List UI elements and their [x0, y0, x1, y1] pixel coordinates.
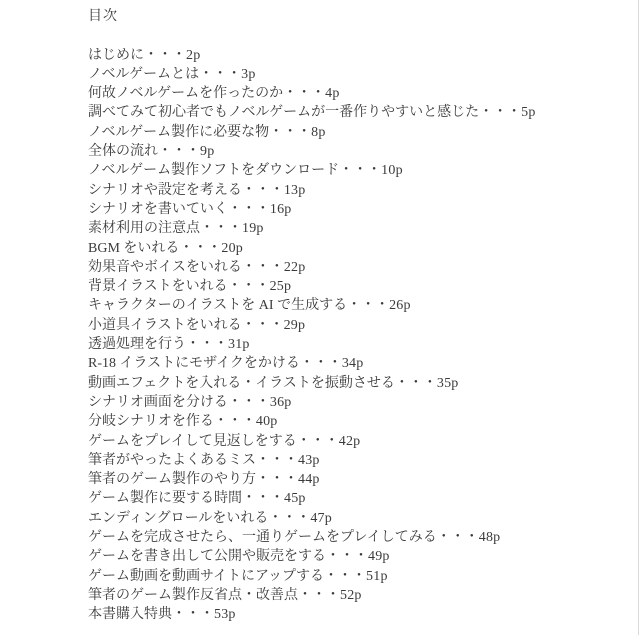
toc-item-label: 背景イラストをいれる	[88, 279, 228, 294]
toc-item-dots: ・・・	[300, 356, 342, 371]
toc-item-label: 透過処理を行う	[88, 337, 186, 352]
toc-item-label: 小道具イラストをいれる	[88, 318, 242, 333]
toc-item-dots: ・・・	[339, 163, 381, 178]
toc-item-label: 筆者がやったよくあるミス	[88, 453, 256, 468]
toc-item: ゲーム製作に要する時間・・・45p	[88, 489, 618, 508]
toc-item-dots: ・・・	[242, 318, 284, 333]
toc-item: シナリオ画面を分ける・・・36p	[88, 393, 618, 412]
toc-item-label: ゲームをプレイして見返しをする	[88, 434, 297, 449]
toc-item-label: ノベルゲーム製作ソフトをダウンロード	[88, 163, 339, 178]
toc-item: エンディングロールをいれる・・・47p	[88, 509, 618, 528]
toc-item-label: ゲーム動画を動画サイトにアップする	[88, 569, 324, 584]
toc-item-dots: ・・・	[298, 588, 340, 603]
toc-item-dots: ・・・	[242, 491, 284, 506]
toc-item-page: 53p	[214, 607, 236, 622]
toc-item-label: 分岐シナリオを作る	[88, 414, 214, 429]
toc-list: はじめに・・・2pノベルゲームとは・・・3p何故ノベルゲームを作ったのか・・・4…	[88, 46, 618, 625]
toc-item-dots: ・・・	[186, 337, 228, 352]
toc-item-label: 本書購入特典	[88, 607, 172, 622]
toc-item-label: はじめに	[88, 48, 144, 63]
toc-item: 効果音やボイスをいれる・・・22p	[88, 258, 618, 277]
toc-item-page: 43p	[298, 453, 320, 468]
toc-item-page: 36p	[270, 395, 292, 410]
toc-item-label: エンディングロールをいれる	[88, 511, 268, 526]
toc-item-dots: ・・・	[179, 241, 221, 256]
toc-item-label: R-18 イラストにモザイクをかける	[88, 356, 300, 371]
toc-item-dots: ・・・	[269, 125, 311, 140]
page-title: 目次	[88, 7, 618, 26]
toc-item-page: 25p	[270, 279, 292, 294]
toc-item-dots: ・・・	[200, 221, 242, 236]
toc-item: キャラクターのイラストを AI で生成する・・・26p	[88, 296, 618, 315]
toc-item-page: 5p	[521, 105, 535, 120]
toc-item: 動画エフェクトを入れる・イラストを振動させる・・・35p	[88, 374, 618, 393]
toc-item-dots: ・・・	[228, 202, 270, 217]
toc-item-label: 調べてみて初心者でもノベルゲームが一番作りやすいと感じた	[88, 105, 479, 120]
toc-item: 小道具イラストをいれる・・・29p	[88, 316, 618, 335]
toc-item: はじめに・・・2p	[88, 46, 618, 65]
toc-item: 筆者のゲーム製作反省点・改善点・・・52p	[88, 586, 618, 605]
toc-item: 調べてみて初心者でもノベルゲームが一番作りやすいと感じた・・・5p	[88, 103, 618, 122]
toc-item: 何故ノベルゲームを作ったのか・・・4p	[88, 84, 618, 103]
toc-item-dots: ・・・	[242, 260, 284, 275]
toc-item-page: 35p	[437, 376, 459, 391]
toc-item: 透過処理を行う・・・31p	[88, 335, 618, 354]
toc-item-label: 筆者のゲーム製作のやり方	[88, 472, 256, 487]
toc-item-page: 26p	[389, 298, 411, 313]
toc-item-dots: ・・・	[256, 453, 298, 468]
toc-item-label: 何故ノベルゲームを作ったのか	[88, 86, 283, 101]
toc-item-page: 3p	[241, 67, 255, 82]
toc-item-page: 22p	[284, 260, 306, 275]
toc-item-label: ゲーム製作に要する時間	[88, 491, 242, 506]
toc-item: 全体の流れ・・・9p	[88, 142, 618, 161]
toc-item: ノベルゲーム製作ソフトをダウンロード・・・10p	[88, 161, 618, 180]
toc-item-label: シナリオを書いていく	[88, 202, 228, 217]
toc-item-label: ノベルゲームとは	[88, 67, 199, 82]
toc-item: ゲーム動画を動画サイトにアップする・・・51p	[88, 567, 618, 586]
toc-item-page: 45p	[284, 491, 306, 506]
toc-item-label: 筆者のゲーム製作反省点・改善点	[88, 588, 298, 603]
toc-item-page: 16p	[270, 202, 292, 217]
toc-item-dots: ・・・	[158, 144, 200, 159]
toc-item-label: 動画エフェクトを入れる・イラストを振動させる	[88, 376, 395, 391]
toc-item-dots: ・・・	[437, 530, 479, 545]
title-body-gap	[88, 26, 618, 45]
toc-item: 本書購入特典・・・53p	[88, 605, 618, 624]
document-page: 目次 はじめに・・・2pノベルゲームとは・・・3p何故ノベルゲームを作ったのか・…	[0, 0, 639, 635]
toc-item: ゲームを完成させたら、一通りゲームをプレイしてみる・・・48p	[88, 528, 618, 547]
toc-item-dots: ・・・	[214, 414, 256, 429]
toc-item-dots: ・・・	[228, 279, 270, 294]
toc-item-page: 42p	[339, 434, 361, 449]
toc-item-page: 13p	[284, 183, 306, 198]
toc-item-page: 40p	[256, 414, 278, 429]
toc-item-label: シナリオや設定を考える	[88, 183, 242, 198]
toc-item: ゲームを書き出して公開や販売をする・・・49p	[88, 547, 618, 566]
toc-item-page: 47p	[310, 511, 332, 526]
toc-item-page: 19p	[242, 221, 264, 236]
toc-item-label: キャラクターのイラストを AI で生成する	[88, 298, 347, 313]
toc-item-dots: ・・・	[228, 395, 270, 410]
toc-item-dots: ・・・	[172, 607, 214, 622]
toc-item-page: 34p	[342, 356, 364, 371]
toc-item-dots: ・・・	[256, 472, 298, 487]
toc-item: 分岐シナリオを作る・・・40p	[88, 412, 618, 431]
toc-item-page: 9p	[200, 144, 214, 159]
toc-item-page: 2p	[186, 48, 200, 63]
toc-item-dots: ・・・	[268, 511, 310, 526]
toc-item: 筆者がやったよくあるミス・・・43p	[88, 451, 618, 470]
toc-item-page: 49p	[368, 549, 390, 564]
toc-item: R-18 イラストにモザイクをかける・・・34p	[88, 354, 618, 373]
toc-item-dots: ・・・	[297, 434, 339, 449]
toc-item-page: 51p	[366, 569, 388, 584]
toc-item-dots: ・・・	[242, 183, 284, 198]
toc-item-label: ゲームを書き出して公開や販売をする	[88, 549, 326, 564]
toc-item-label: BGM をいれる	[88, 241, 179, 256]
toc-item: ノベルゲームとは・・・3p	[88, 65, 618, 84]
toc-item-dots: ・・・	[324, 569, 366, 584]
toc-item-page: 52p	[340, 588, 362, 603]
toc-item-label: ノベルゲーム製作に必要な物	[88, 125, 269, 140]
toc-item: 筆者のゲーム製作のやり方・・・44p	[88, 470, 618, 489]
toc-item-page: 20p	[221, 241, 243, 256]
toc-item-dots: ・・・	[395, 376, 437, 391]
toc-item-dots: ・・・	[347, 298, 389, 313]
toc-item-dots: ・・・	[199, 67, 241, 82]
toc-item: シナリオを書いていく・・・16p	[88, 200, 618, 219]
toc-item-label: ゲームを完成させたら、一通りゲームをプレイしてみる	[88, 530, 437, 545]
toc-item-label: 効果音やボイスをいれる	[88, 260, 242, 275]
toc-item-label: 全体の流れ	[88, 144, 158, 159]
toc-item-page: 48p	[479, 530, 501, 545]
toc-item-label: シナリオ画面を分ける	[88, 395, 228, 410]
toc-item: ノベルゲーム製作に必要な物・・・8p	[88, 123, 618, 142]
toc-item-page: 4p	[325, 86, 339, 101]
toc-item: 背景イラストをいれる・・・25p	[88, 277, 618, 296]
toc-item-page: 29p	[284, 318, 306, 333]
toc-item: BGM をいれる・・・20p	[88, 239, 618, 258]
toc-item: 素材利用の注意点・・・19p	[88, 219, 618, 238]
toc-item-page: 10p	[381, 163, 403, 178]
toc-item-dots: ・・・	[479, 105, 521, 120]
toc-item-page: 8p	[311, 125, 325, 140]
toc-item-dots: ・・・	[144, 48, 186, 63]
toc-item-page: 31p	[228, 337, 250, 352]
toc-item: シナリオや設定を考える・・・13p	[88, 181, 618, 200]
toc-item: ゲームをプレイして見返しをする・・・42p	[88, 432, 618, 451]
toc-item-label: 素材利用の注意点	[88, 221, 200, 236]
toc-item-dots: ・・・	[283, 86, 325, 101]
toc-item-page: 44p	[298, 472, 320, 487]
toc-item-dots: ・・・	[326, 549, 368, 564]
